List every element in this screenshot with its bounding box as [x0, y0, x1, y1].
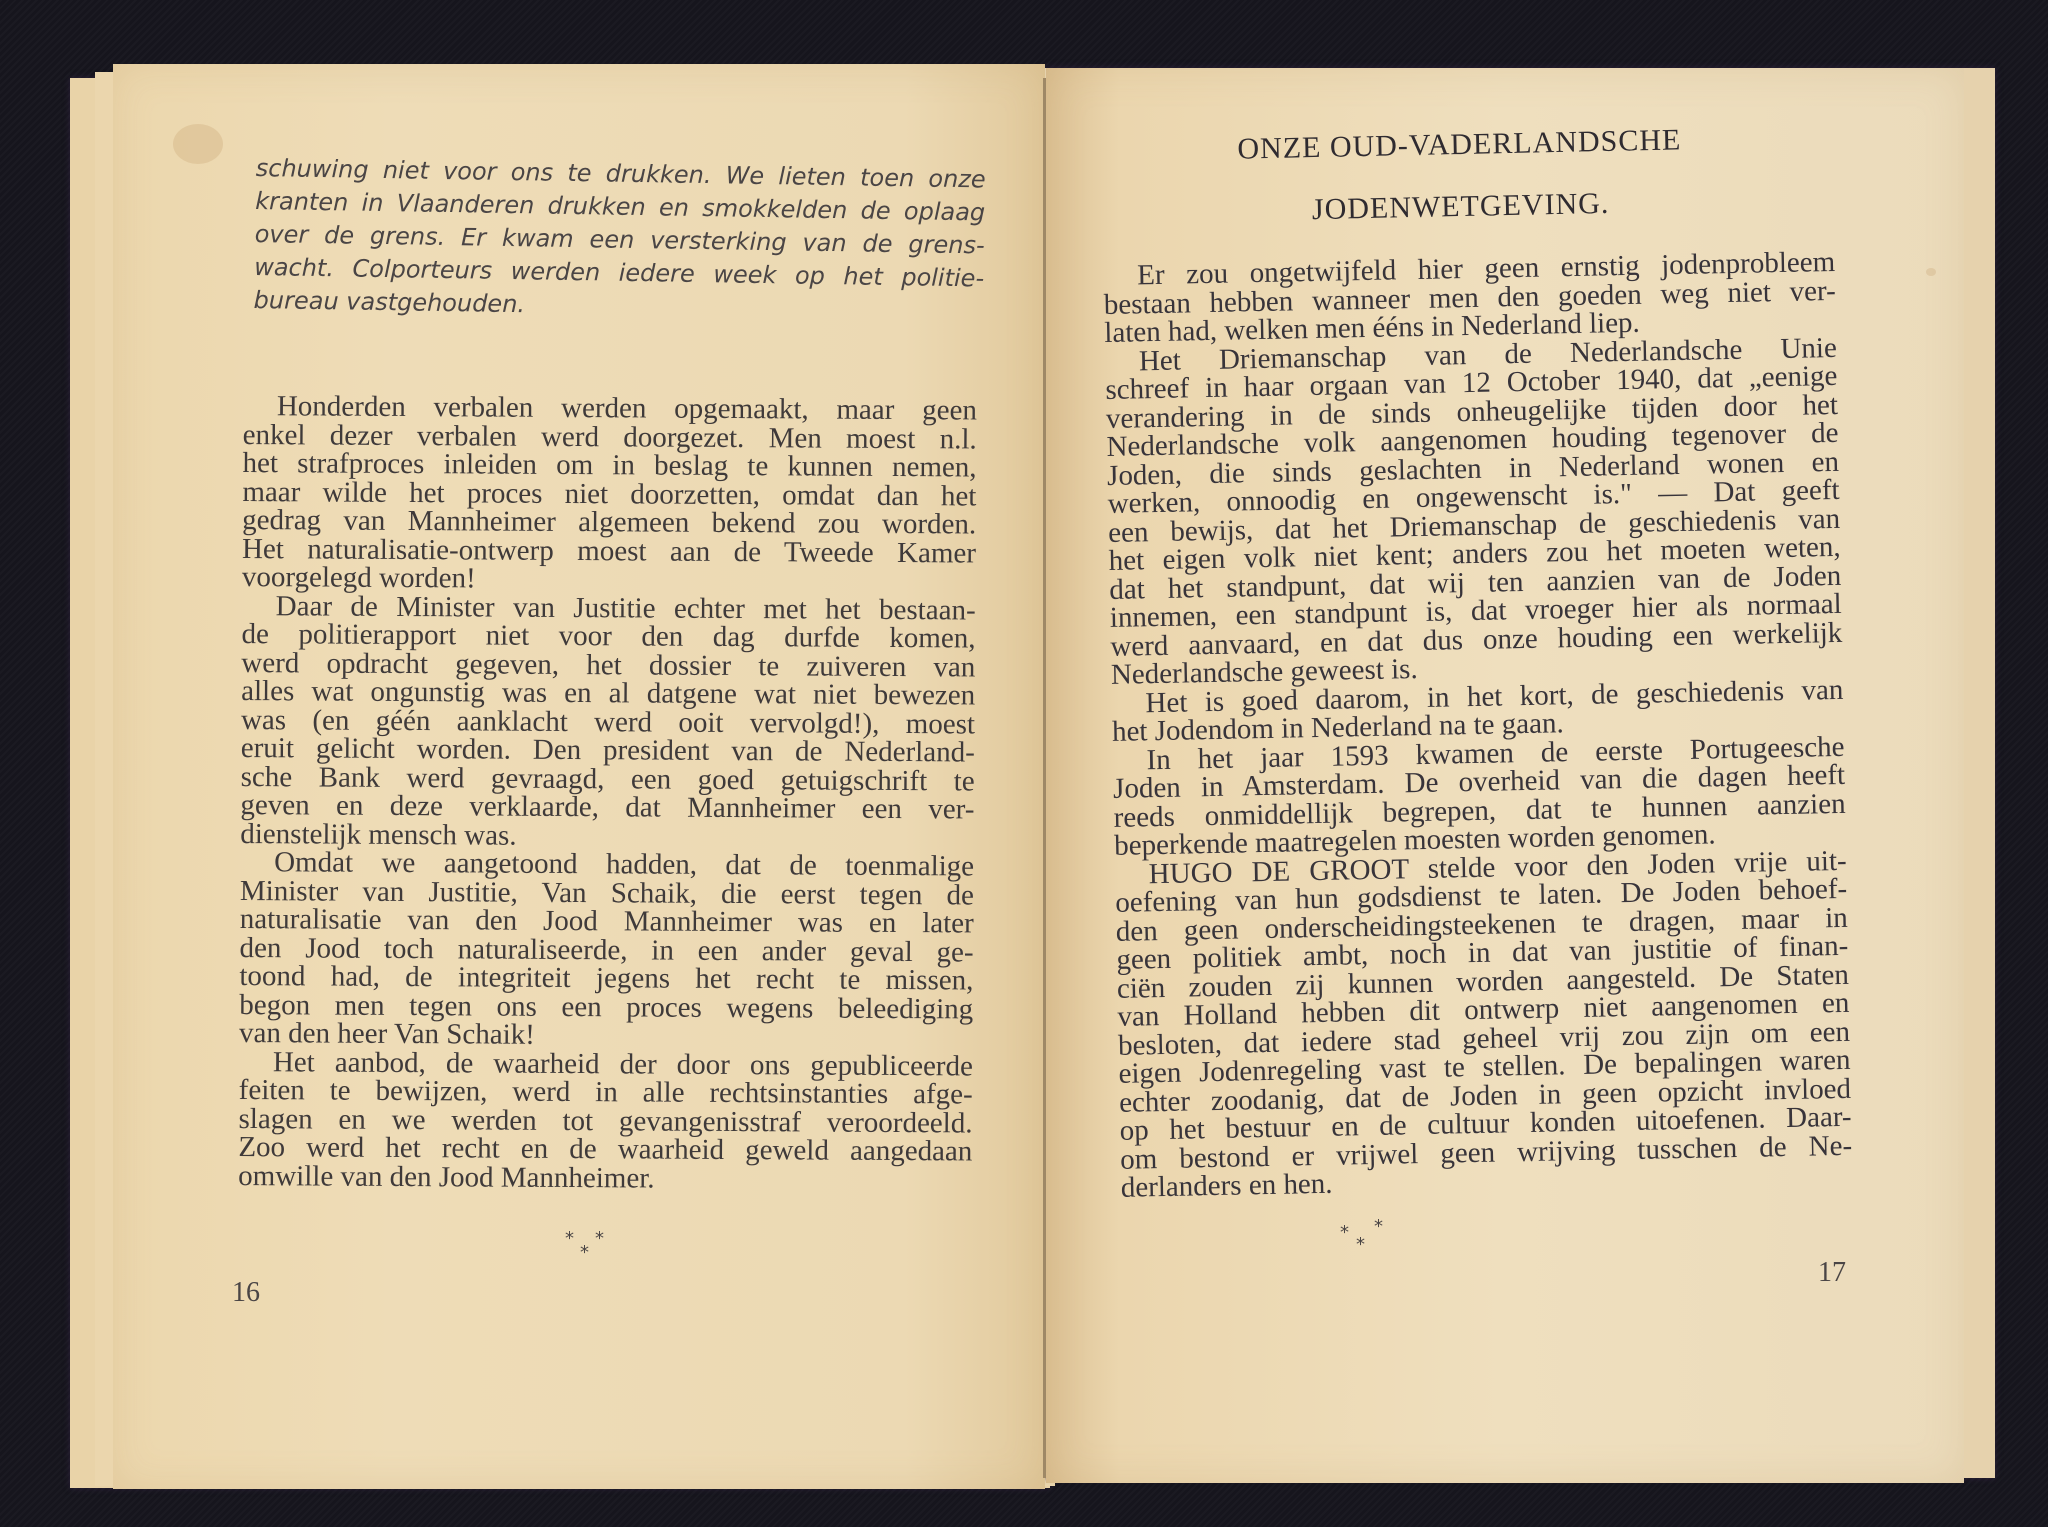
asterism-ornament: * * *	[565, 1228, 625, 1268]
paragraph: Honderden verbalen werden opgemaakt, maa…	[242, 392, 977, 596]
paragraph: Het aanbod, de waarheid der door ons gep…	[238, 1047, 973, 1194]
paragraph: Er zou ongetwijfeld hier geen ernstig jo…	[1103, 248, 1837, 348]
chapter-title: ONZE OUD-VADERLANDSCHE JODENWETGEVING.	[1179, 119, 1741, 233]
paragraph: HUGO DE GROOT stelde voor den Joden vrij…	[1114, 846, 1852, 1202]
paragraph: Daar de Minister van Justitie echter met…	[240, 591, 976, 852]
left-italic-paragraph: schuwing niet voor ons te drukken. We li…	[253, 152, 986, 328]
page-number-left: 16	[232, 1277, 260, 1309]
paper-stain	[1926, 268, 1936, 276]
asterism-ornament: * * *	[1340, 1222, 1400, 1262]
left-page-body: Honderden verbalen werden opgemaakt, maa…	[238, 392, 977, 1194]
paragraph: Het Driemanschap van de Nederlandsche Un…	[1105, 333, 1843, 689]
paragraph: In het jaar 1593 kwamen de eerste Portug…	[1112, 732, 1846, 860]
open-booklet: schuwing niet voor ons te drukken. We li…	[0, 0, 2048, 1527]
page-number-right: 17	[1818, 1257, 1846, 1289]
right-page-body: Er zou ongetwijfeld hier geen ernstig jo…	[1103, 248, 1853, 1202]
paragraph: Omdat we aangetoond hadden, dat de toenm…	[239, 848, 974, 1052]
paper-stain	[173, 124, 223, 164]
